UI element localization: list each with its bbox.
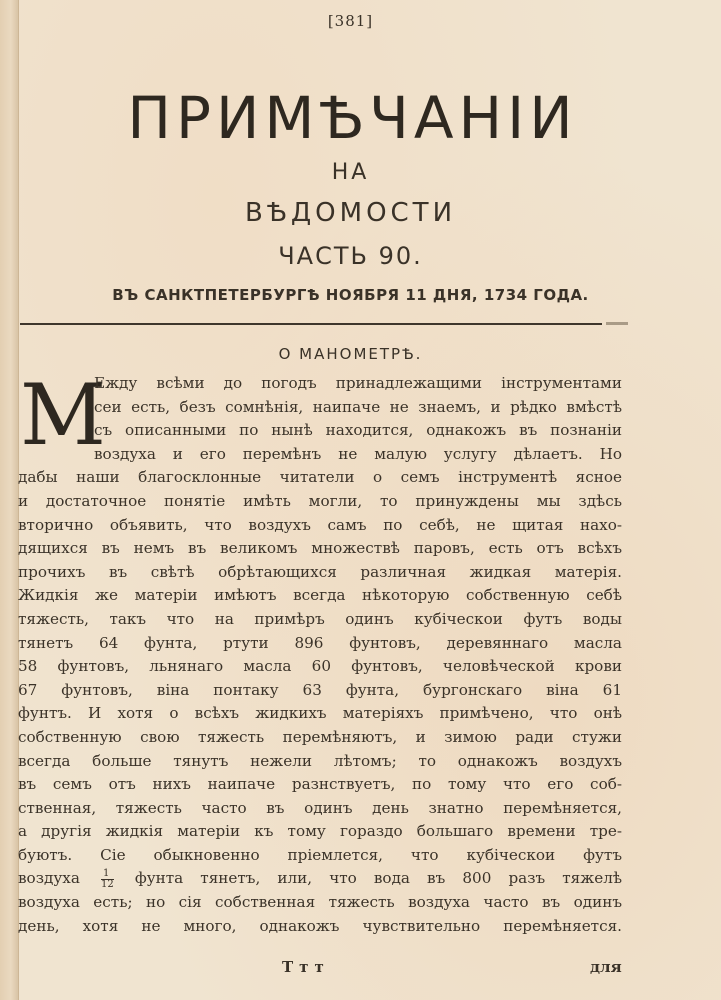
text-line: фунтъ. И хотя о всѣхъ жидкихъ матеріяхъ … bbox=[18, 702, 622, 726]
text-line: дящихся въ немъ въ великомъ множествѣ па… bbox=[18, 537, 622, 561]
text-line: буютъ. Сіе обыкновенно пріемлется, что к… bbox=[18, 844, 622, 868]
page-title: ПРИМѢЧАНІИ bbox=[0, 84, 713, 152]
fraction-before: воздуха bbox=[18, 869, 80, 887]
subtitle-vedomosti: ВѢДОМОСТИ bbox=[0, 198, 711, 228]
text-line: воздуха и его перемѣнъ не малую услугу д… bbox=[18, 443, 622, 467]
part-number: ЧАСТЬ 90. bbox=[0, 242, 711, 270]
text-line: 58 фунтовъ, льнянаго масла 60 фунтовъ, ч… bbox=[18, 655, 622, 679]
text-line: день, хотя не много, однакожъ чувствител… bbox=[18, 915, 622, 939]
text-line: тяжесть, такъ что на примѣръ одинъ кубіч… bbox=[18, 608, 622, 632]
text-line: а другія жидкія матеріи къ тому гораздо … bbox=[18, 820, 622, 844]
text-line: вторично объявить, что воздухъ самъ по с… bbox=[18, 514, 622, 538]
text-line: въ семъ отъ нихъ наипаче разнствуетъ, по… bbox=[18, 773, 622, 797]
text-line: 67 фунтовъ, віна понтаку 63 фунта, бурго… bbox=[18, 679, 622, 703]
fraction-after: фунта тянетъ, или, что вода въ 800 разъ … bbox=[135, 869, 622, 887]
header-rule-ornament bbox=[606, 322, 628, 325]
header-rule bbox=[20, 323, 602, 325]
text-line: Ежду всѣми до погодъ принадлежащими інст… bbox=[18, 372, 622, 396]
dateline: ВЪ САНКТПЕТЕРБУРГѢ НОЯБРЯ 11 ДНЯ, 1734 Г… bbox=[0, 286, 711, 304]
text-line: воздуха есть; но сія собственная тяжесть… bbox=[18, 891, 622, 915]
text-line: Жидкія же матеріи имѣютъ всегда нѣкотору… bbox=[18, 584, 622, 608]
text-line: тянетъ 64 фунта, ртути 896 фунтовъ, дере… bbox=[18, 632, 622, 656]
signature-mark: Ттт bbox=[282, 958, 330, 976]
text-line: прочихъ въ свѣтѣ обрѣтающихся различная … bbox=[18, 561, 622, 585]
fraction: 1 12 bbox=[101, 869, 114, 890]
page-scan: [381] ПРИМѢЧАНІИ НА ВѢДОМОСТИ ЧАСТЬ 90. … bbox=[0, 0, 721, 1000]
catchword: для bbox=[590, 958, 622, 976]
text-line: и достаточное понятіе имѣть могли, то пр… bbox=[18, 490, 622, 514]
text-line-with-fraction: воздуха 1 12 фунта тянетъ, или, что вода… bbox=[18, 867, 622, 891]
text-line: ственная, тяжесть часто въ одинъ день зн… bbox=[18, 797, 622, 821]
text-line: всегда больше тянутъ нежели лѣтомъ; то о… bbox=[18, 750, 622, 774]
page-number: [381] bbox=[0, 12, 711, 30]
text-line: сеи есть, безъ сомнѣнія, наипаче не знае… bbox=[18, 396, 622, 420]
text-line: собственную свою тяжесть перемѣняютъ, и … bbox=[18, 726, 622, 750]
text-line: дабы наши благосклонные читатели о семъ … bbox=[18, 466, 622, 490]
subtitle-na: НА bbox=[0, 160, 711, 185]
text-line: съ описанными по нынѣ находится, однакож… bbox=[18, 419, 622, 443]
section-title: О МАНОМЕТРѢ. bbox=[0, 345, 711, 363]
fraction-denominator: 12 bbox=[101, 880, 114, 890]
article-body: Ежду всѣми до погодъ принадлежащими інст… bbox=[18, 372, 622, 938]
